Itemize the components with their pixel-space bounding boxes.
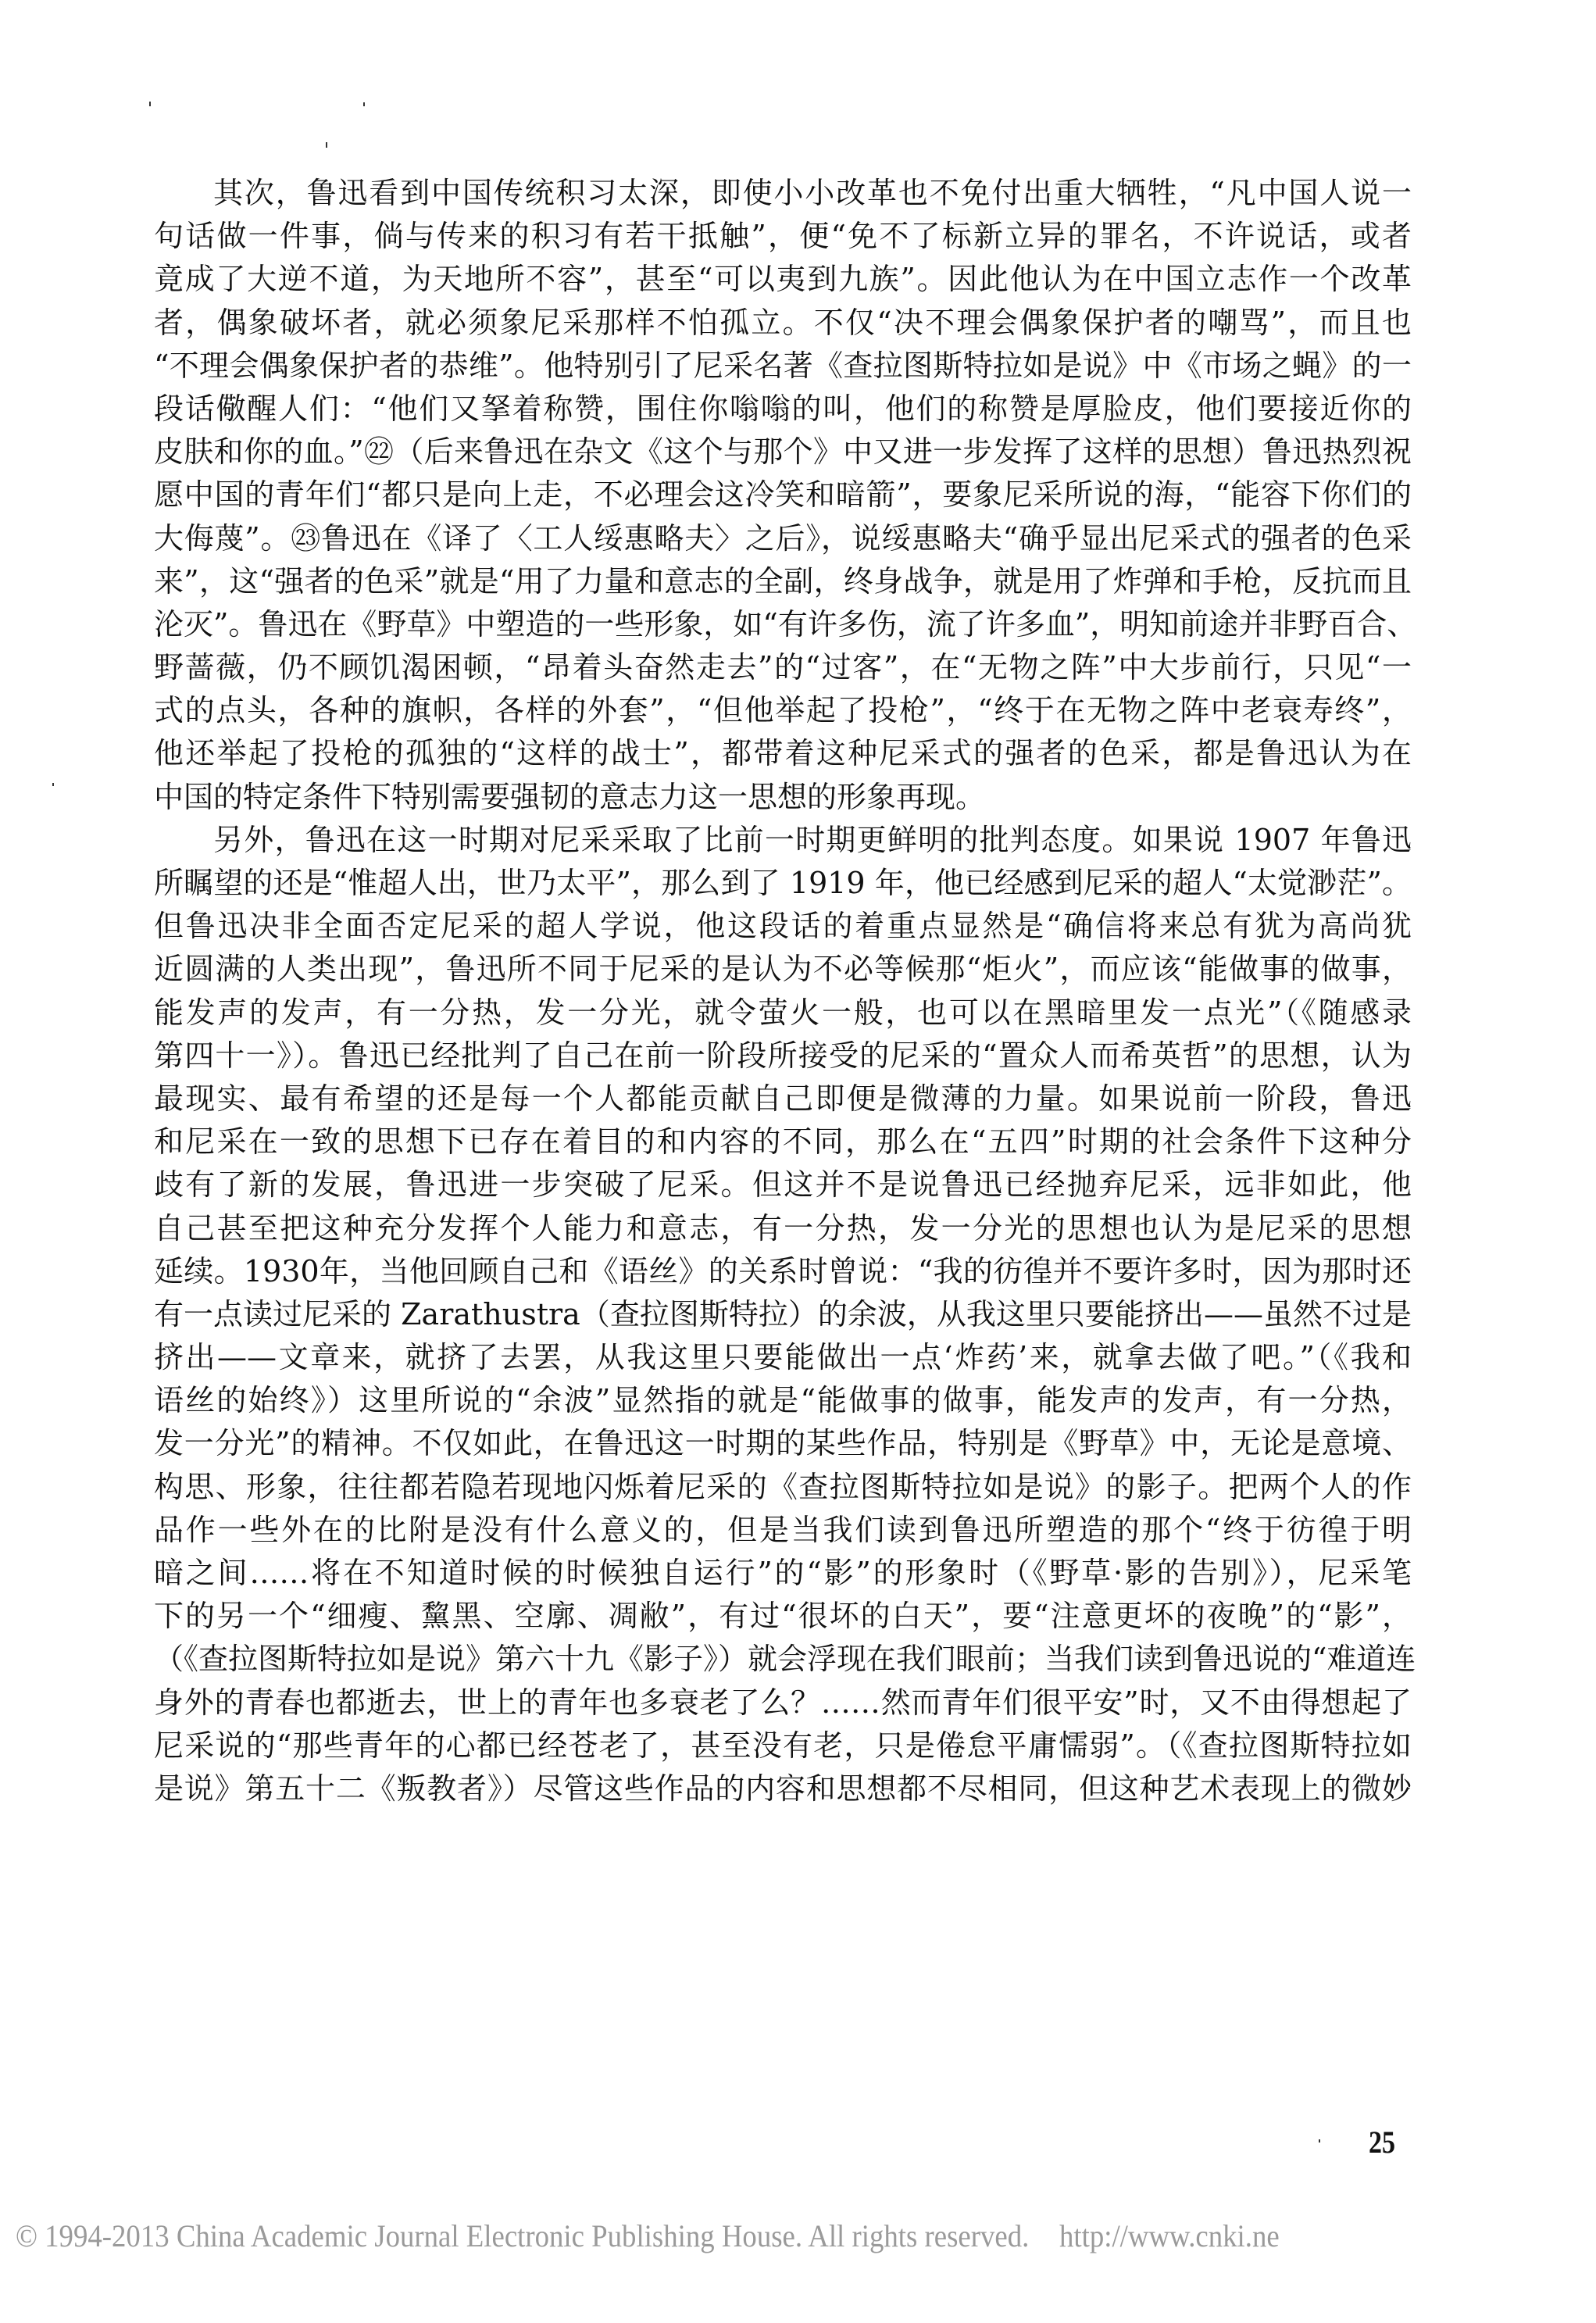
text-line: 下的另一个“细瘦、黧黑、空廓、凋敝”，有过“很坏的白天”，要“注意更坏的夜晚”的… xyxy=(154,1595,1412,1638)
scan-speck xyxy=(1319,2139,1320,2143)
text-line: 身外的青春也都逝去，世上的青年也多衰老了么？……然而青年们很平安”时，又不由得想… xyxy=(154,1681,1412,1724)
text-line: 野蔷薇，仍不顾饥渴困顿，“昂着头奋然走去”的“过客”，在“无物之阵”中大步前行，… xyxy=(154,646,1412,689)
text-line: 第四十一》）。鲁迅已经批判了自己在前一阶段所接受的尼采的“置众人而希英哲”的思想… xyxy=(154,1035,1412,1078)
text-line: 句话做一件事，倘与传来的积习有若干抵触”，便“免不了标新立异的罪名，不许说话，或… xyxy=(154,215,1412,258)
text-line: 者，偶象破坏者，就必须象尼采那样不怕孤立。不仅“决不理会偶象保护者的嘲骂”，而且… xyxy=(154,302,1412,345)
text-line: （《查拉图斯特拉如是说》第六十九《影子》）就会浮现在我们眼前；当我们读到鲁迅说的… xyxy=(154,1638,1412,1681)
text-line: 能发声的发声，有一分热，发一分光，就令萤火一般，也可以在黑暗里发一点光”（《随感… xyxy=(154,992,1412,1035)
text-line: 语丝的始终》）这里所说的“余波”显然指的就是“能做事的做事，能发声的发声，有一分… xyxy=(154,1379,1412,1422)
text-line: 发一分光”的精神。不仅如此，在鲁迅这一时期的某些作品，特别是《野草》中，无论是意… xyxy=(154,1422,1412,1465)
copyright-watermark: © 1994-2013 China Academic Journal Elect… xyxy=(16,2218,1280,2254)
text-line: 和尼采在一致的思想下已存在着目的和内容的不同，那么在“五四”时期的社会条件下这种… xyxy=(154,1120,1412,1163)
text-line: 是说》第五十二《叛教者》）尽管这些作品的内容和思想都不尽相同，但这种艺术表现上的… xyxy=(154,1767,1412,1810)
text-line: 式的点头，各种的旗帜，各样的外套”，“但他举起了投枪”，“终于在无物之阵中老衰寿… xyxy=(154,689,1412,732)
text-line: 其次，鲁迅看到中国传统积习太深，即使小小改革也不免付出重大牺牲，“凡中国人说一 xyxy=(154,172,1412,215)
paragraph-2: 另外，鲁迅在这一时期对尼采采取了比前一时期更鲜明的批判态度。如果说 1907 年… xyxy=(154,819,1412,1810)
text-line: 构思、形象，往往都若隐若现地闪烁着尼采的《查拉图斯特拉如是说》的影子。把两个人的… xyxy=(154,1466,1412,1509)
text-line: 尼采说的“那些青年的心都已经苍老了，甚至没有老，只是倦怠平庸懦弱”。（《查拉图斯… xyxy=(154,1724,1412,1767)
scan-speck xyxy=(363,102,365,106)
text-line: 近圆满的人类出现”，鲁迅所不同于尼采的是认为不必等候那“炬火”，而应该“能做事的… xyxy=(154,948,1412,991)
text-line: 他还举起了投枪的孤独的“这样的战士”，都带着这种尼采式的强者的色采，都是鲁迅认为… xyxy=(154,732,1412,775)
text-line: 沦灭”。鲁迅在《野草》中塑造的一些形象，如“有许多伤，流了许多血”，明知前途并非… xyxy=(154,603,1412,646)
document-page: 其次，鲁迅看到中国传统积习太深，即使小小改革也不免付出重大牺牲，“凡中国人说一 … xyxy=(0,0,1596,2323)
text-line: 自己甚至把这种充分发挥个人能力和意志，有一分热，发一分光的思想也认为是尼采的思想 xyxy=(154,1207,1412,1250)
body-text: 其次，鲁迅看到中国传统积习太深，即使小小改革也不免付出重大牺牲，“凡中国人说一 … xyxy=(154,172,1412,1810)
text-line: 歧有了新的发展，鲁迅进一步突破了尼采。但这并不是说鲁迅已经抛弃尼采，远非如此，他 xyxy=(154,1163,1412,1206)
text-line: 最现实、最有希望的还是每一个人都能贡献自己即便是微薄的力量。如果说前一阶段，鲁迅 xyxy=(154,1078,1412,1120)
site-url: http://www.cnki.ne xyxy=(1059,2218,1280,2253)
text-line: 挤出——文章来，就挤了去罢，从我这里只要能做出一点‘炸药’来，就拿去做了吧。”（… xyxy=(154,1336,1412,1379)
text-line: 中国的特定条件下特别需要强韧的意志力这一思想的形象再现。 xyxy=(154,776,1412,819)
scan-speck xyxy=(326,142,327,148)
text-line: 延续。1930年，当他回顾自己和《语丝》的关系时曾说：“我的彷徨并不要许多时，因… xyxy=(154,1250,1412,1293)
text-line: 所瞩望的还是“惟超人出，世乃太平”，那么到了 1919 年，他已经感到尼采的超人… xyxy=(154,862,1412,905)
text-line: 竟成了大逆不道，为天地所不容”，甚至“可以夷到九族”。因此他认为在中国立志作一个… xyxy=(154,258,1412,301)
page-number: 25 xyxy=(1369,2124,1395,2160)
paragraph-1: 其次，鲁迅看到中国传统积习太深，即使小小改革也不免付出重大牺牲，“凡中国人说一 … xyxy=(154,172,1412,819)
text-line: 大侮蔑”。㉓鲁迅在《译了〈工人绥惠略夫〉之后》，说绥惠略夫“确乎显出尼采式的强者… xyxy=(154,517,1412,560)
scan-speck xyxy=(149,102,151,106)
copyright-text: © 1994-2013 China Academic Journal Elect… xyxy=(16,2218,1029,2253)
text-line: 皮肤和你的血。”㉒（后来鲁迅在杂文《这个与那个》中又进一步发挥了这样的思想）鲁迅… xyxy=(154,431,1412,474)
text-line: 段话儆醒人们：“他们又拏着称赞，围住你嗡嗡的叫，他们的称赞是厚脸皮，他们要接近你… xyxy=(154,388,1412,431)
text-line: 暗之间……将在不知道时候的时候独自运行”的“影”的形象时（《野草·影的告别》），… xyxy=(154,1552,1412,1595)
text-line: 愿中国的青年们“都只是向上走，不必理会这冷笑和暗箭”，要象尼采所说的海，“能容下… xyxy=(154,474,1412,516)
text-line: 有一点读过尼采的 Zarathustra（查拉图斯特拉）的余波，从我这里只要能挤… xyxy=(154,1293,1412,1336)
text-line: “不理会偶象保护者的恭维”。他特别引了尼采名著《查拉图斯特拉如是说》中《市场之蝇… xyxy=(154,345,1412,388)
text-line: 但鲁迅决非全面否定尼采的超人学说，他这段话的着重点显然是“确信将来总有犹为高尚犹 xyxy=(154,905,1412,948)
text-line: 品作一些外在的比附是没有什么意义的，但是当我们读到鲁迅所塑造的那个“终于彷徨于明 xyxy=(154,1509,1412,1552)
text-line: 来”，这“强者的色采”就是“用了力量和意志的全副，终身战争，就是用了炸弹和手枪，… xyxy=(154,560,1412,603)
text-line: 另外，鲁迅在这一时期对尼采采取了比前一时期更鲜明的批判态度。如果说 1907 年… xyxy=(154,819,1412,862)
scan-speck xyxy=(52,783,54,786)
